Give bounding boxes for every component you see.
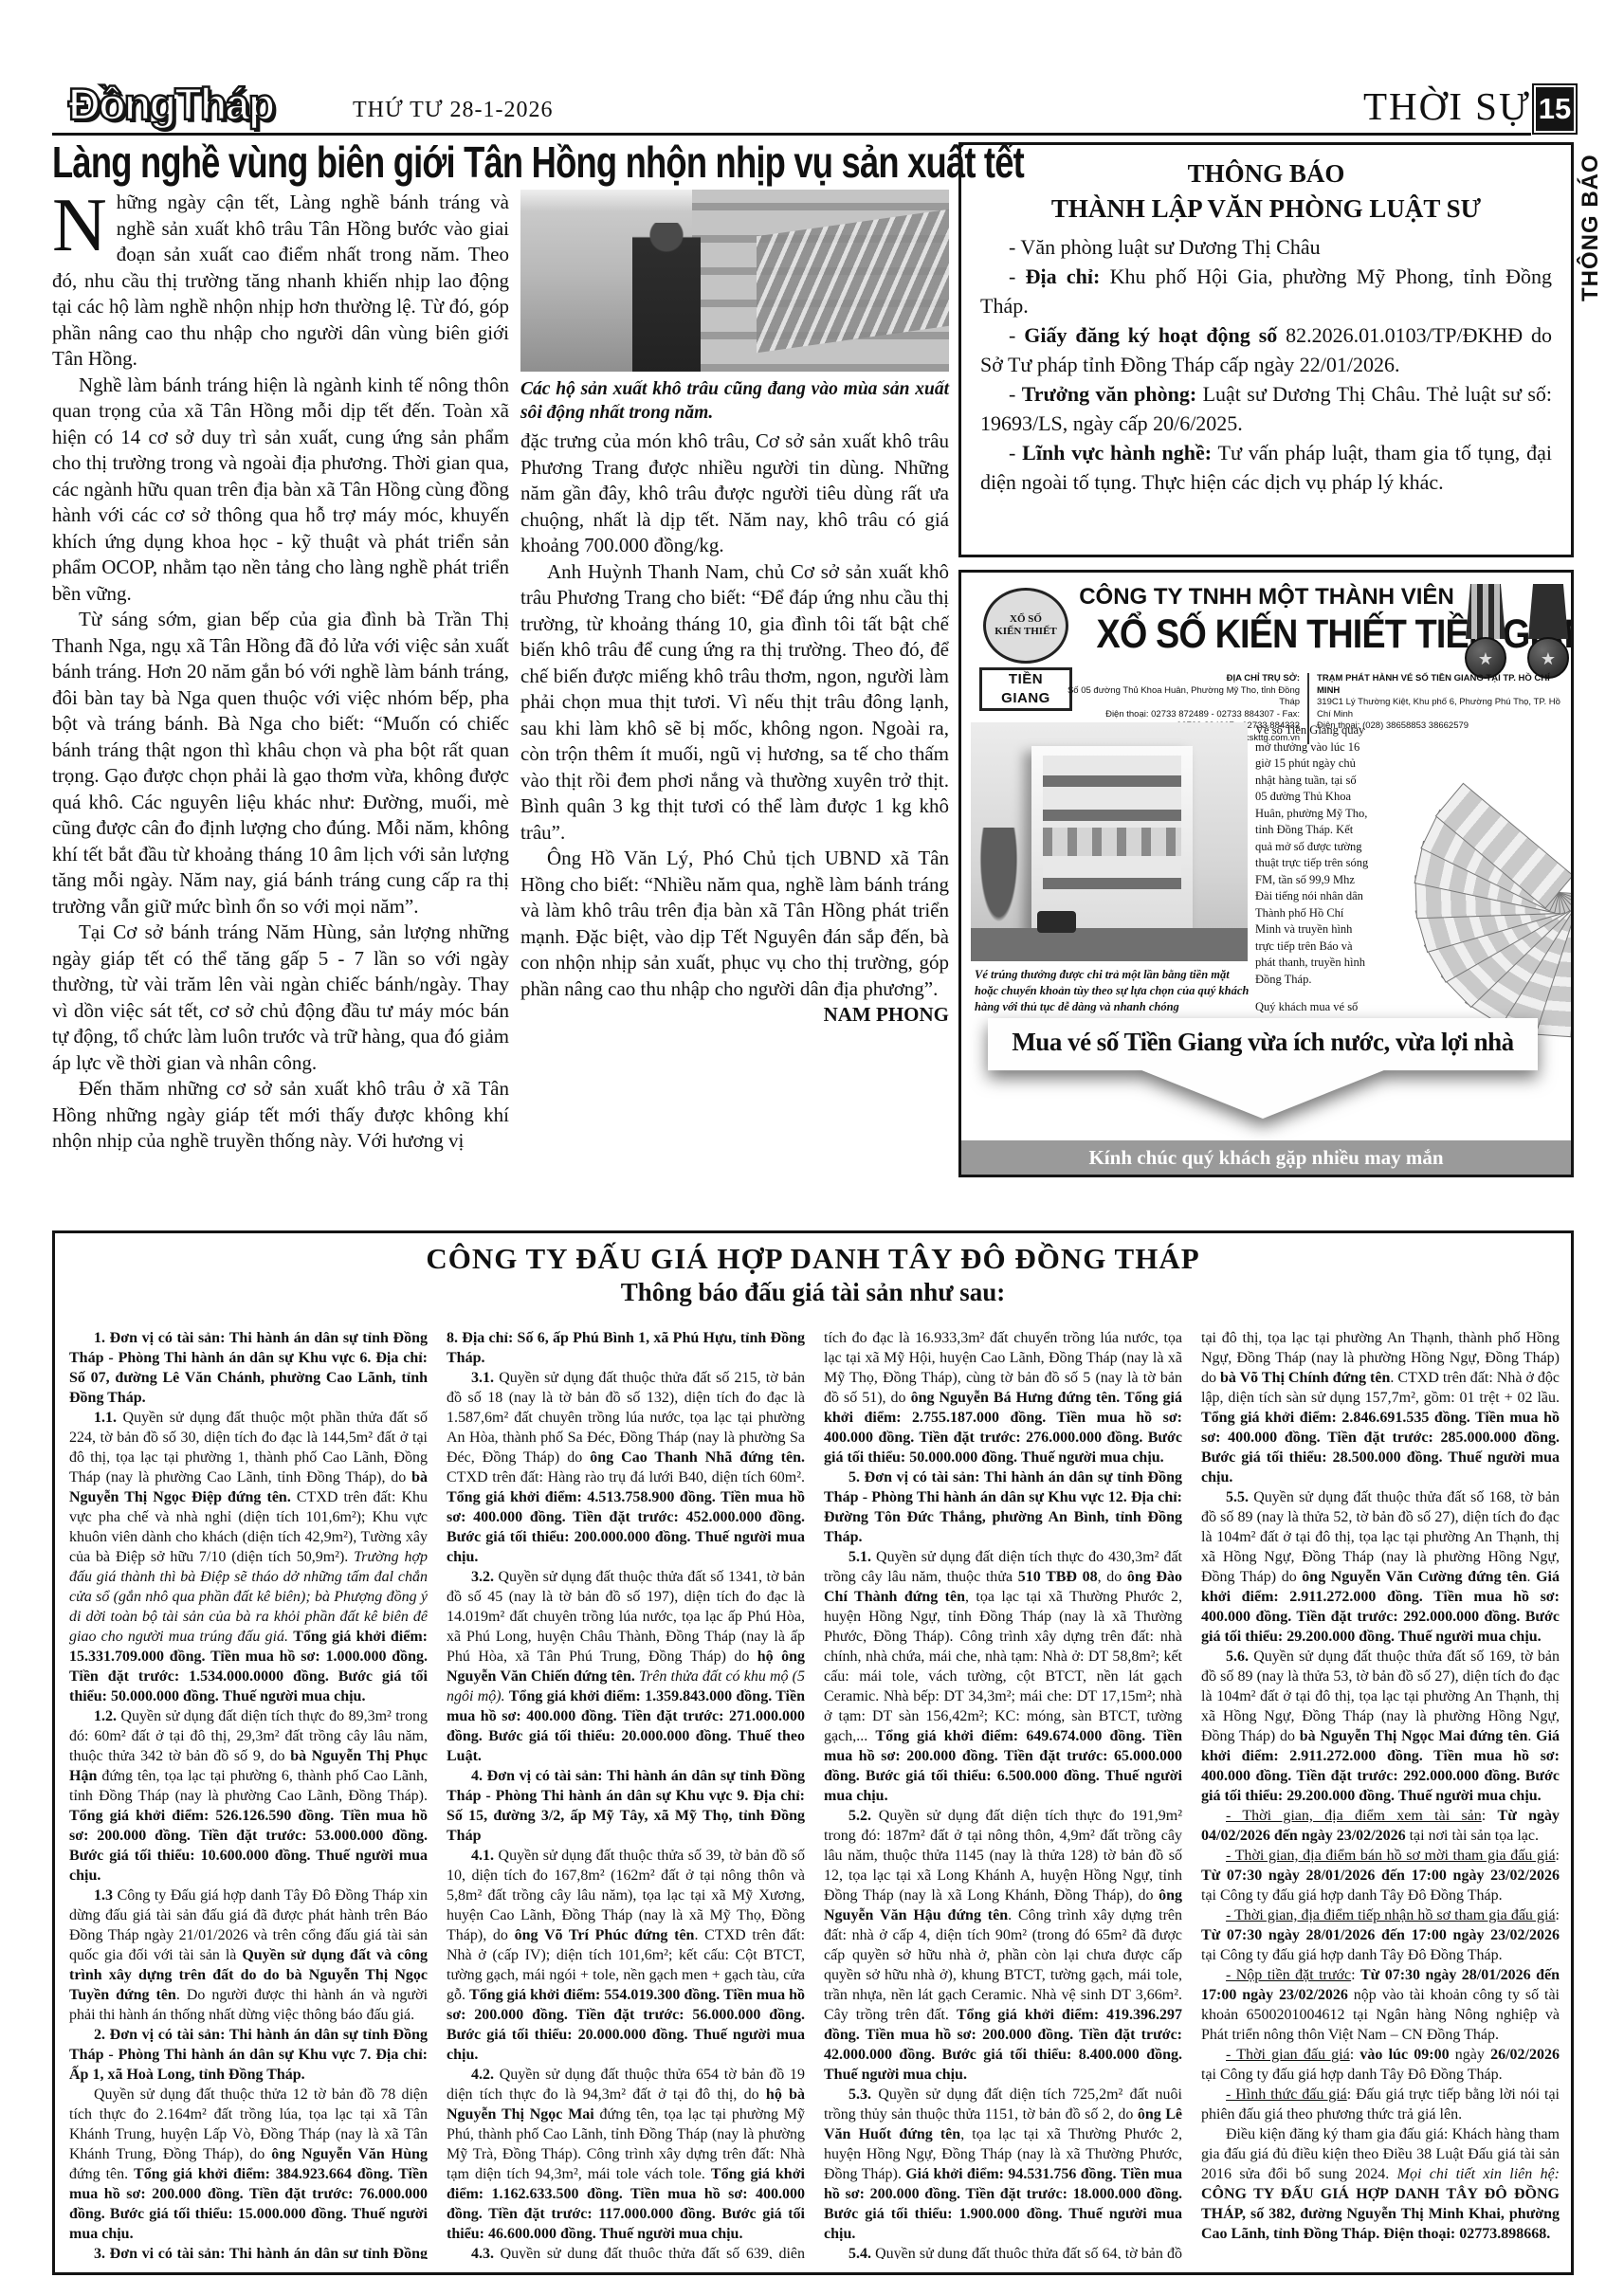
article-column-1: Những ngày cận tết, Làng nghề bánh tráng… xyxy=(52,190,509,1229)
hq-label: ĐỊA CHỈ TRỤ SỞ: xyxy=(1052,673,1300,685)
paragraph: 1.1. Quyền sử dụng đất thuộc một phần th… xyxy=(69,1408,428,1706)
paragraph: - Văn phòng luật sư Dương Thị Châu xyxy=(980,232,1552,262)
photo-road xyxy=(971,928,1248,961)
building-photo xyxy=(971,722,1248,961)
paragraph: 2. Đơn vị có tài sản: Thi hành án dân sự… xyxy=(69,2025,428,2085)
auction-column-3: tích đo đạc là 16.933,3m² đất chuyển trồ… xyxy=(824,1328,1182,2259)
photo-person-silhouette xyxy=(632,223,701,372)
paragraph: 1.3 Công ty Đấu giá hợp danh Tây Đô Đồng… xyxy=(69,1886,428,2025)
notice-title-line1: THÔNG BÁO xyxy=(980,156,1552,191)
photo-car xyxy=(1037,911,1076,933)
paragraph: 5.3. Quyền sử dụng đất diện tích 725,2m²… xyxy=(824,2085,1182,2244)
lottery-logo-oval: XỔ SỐ KIẾN THIẾT xyxy=(983,588,1068,664)
issue-date: THỨ TƯ 28-1-2026 xyxy=(353,98,553,123)
photo-tree xyxy=(976,828,1021,933)
hq-address: Số 05 đường Thủ Khoa Huân, Phường Mỹ Tho… xyxy=(1052,685,1300,709)
masthead-rule xyxy=(52,133,1531,136)
medals xyxy=(1462,584,1572,681)
paragraph: 5. Đơn vị có tài sản: Thi hành án dân sự… xyxy=(824,1467,1182,1547)
paragraph: Nghề làm bánh tráng hiện là ngành kinh t… xyxy=(52,373,509,608)
paragraph: 5.6. Quyền sử dụng đất thuộc thửa đất số… xyxy=(1201,1647,1560,1806)
page-number-badge: 15 xyxy=(1532,83,1578,135)
notice-title-line2: THÀNH LẬP VĂN PHÒNG LUẬT SƯ xyxy=(980,191,1552,227)
lottery-company-name: CÔNG TY TNHH MỘT THÀNH VIÊN XỔ SỐ KIẾN T… xyxy=(1073,584,1460,658)
notice-body: - Văn phòng luật sư Dương Thị Châu- Địa … xyxy=(980,232,1552,497)
paragraph: 4.1. Quyền sử dụng đất thuộc thửa số 39,… xyxy=(447,1846,805,2065)
article-photo xyxy=(520,190,949,372)
paragraph: - Giấy đăng ký hoạt động số 82.2026.01.0… xyxy=(980,320,1552,379)
paragraph: 4. Đơn vị có tài sản: Thi hành án dân sự… xyxy=(447,1766,805,1846)
paragraph: Ông Hồ Văn Lý, Phó Chủ tịch UBND xã Tân … xyxy=(520,846,949,1002)
paragraph: - Hình thức đấu giá: Đấu giá trực tiếp b… xyxy=(1201,2085,1560,2124)
newspaper-page: ĐồngTháp THỨ TƯ 28-1-2026 THỜI SỰ 15 THÔ… xyxy=(0,0,1624,2296)
article-photo-caption: Các hộ sản xuất khô trâu cũng đang vào m… xyxy=(520,377,949,425)
paragraph: - Lĩnh vực hành nghề: Tư vấn pháp luật, … xyxy=(980,438,1552,497)
auction-column-2: 8. Địa chỉ: Số 6, ấp Phú Bình 1, xã Phú … xyxy=(447,1328,805,2259)
auction-title: CÔNG TY ĐẤU GIÁ HỢP DANH TÂY ĐÔ ĐỒNG THÁ… xyxy=(55,1242,1571,1276)
section-title: THỜI SỰ xyxy=(1363,83,1531,129)
paragraph: Tại Cơ sở bánh tráng Năm Hùng, sản lượng… xyxy=(52,920,509,1076)
paragraph: 3.1. Quyền sử dụng đất thuộc thửa đất số… xyxy=(447,1368,805,1567)
paragraph: - Thời gian đấu giá: vào lúc 09:00 ngày … xyxy=(1201,2045,1560,2085)
paragraph: - Thời gian, địa điểm xem tài sản: Từ ng… xyxy=(1201,1806,1560,1846)
lottery-tickets-fan xyxy=(1371,705,1565,1028)
paragraph: 3. Đơn vị có tài sản: Thi hành án dân sự… xyxy=(69,2244,428,2259)
article-headline: Làng nghề vùng biên giới Tân Hồng nhộn n… xyxy=(52,137,943,188)
paragraph: NAM PHONG xyxy=(520,1002,949,1029)
paragraph: - Thời gian, địa điểm tiếp nhận hồ sơ th… xyxy=(1201,1905,1560,1965)
medal-icon xyxy=(1462,584,1509,681)
law-office-notice-box: THÔNG BÁO THÀNH LẬP VĂN PHÒNG LUẬT SƯ - … xyxy=(958,142,1574,557)
auction-subtitle: Thông báo đấu giá tài sản như sau: xyxy=(55,1278,1571,1307)
paragraph: - Địa chỉ: Khu phố Hội Gia, phường Mỹ Ph… xyxy=(980,262,1552,320)
company-line1: CÔNG TY TNHH MỘT THÀNH VIÊN xyxy=(1073,584,1460,610)
slogan-banner: Mua vé số Tiền Giang vừa ích nước, vừa l… xyxy=(988,1018,1538,1119)
paragraph: Những ngày cận tết, Làng nghề bánh tráng… xyxy=(52,190,509,373)
auction-column-1: 1. Đơn vị có tài sản: Thi hành án dân sự… xyxy=(69,1328,428,2259)
building-photo-caption: Vé trúng thưởng được chi trả một lần bằn… xyxy=(975,967,1250,1015)
lottery-body-para1: Vé số Tiền Giang quay mở thưởng vào lúc … xyxy=(1255,722,1371,988)
paragraph: 1.2. Quyền sử dụng đất diện tích thực đo… xyxy=(69,1706,428,1886)
paragraph: Đến thăm những cơ sở sản xuất khô trâu ở… xyxy=(52,1076,509,1155)
paragraph: - Trưởng văn phòng: Luật sư Dương Thị Ch… xyxy=(980,379,1552,438)
lottery-logo-text2: KIẾN THIẾT xyxy=(994,626,1057,638)
auction-column-4: tại đô thị, tọa lạc tại phường An Thạnh,… xyxy=(1201,1328,1560,2259)
medal-icon xyxy=(1524,584,1572,681)
branch-label: TRẠM PHÁT HÀNH VÉ SỐ TIỀN GIANG TẠI TP. … xyxy=(1317,673,1570,697)
paragraph: 5.4. Quyền sử dụng đất thuộc thửa đất số… xyxy=(824,2244,1182,2259)
lottery-ad-box: XỔ SỐ KIẾN THIẾT TIỀN GIANG CÔNG TY TNHH… xyxy=(958,570,1574,1177)
paragraph: 5.5. Quyền sử dụng đất thuộc thửa đất số… xyxy=(1201,1487,1560,1647)
paragraph: 8. Địa chỉ: Số 6, ấp Phú Bình 1, xã Phú … xyxy=(447,1328,805,1368)
paragraph: Anh Huỳnh Thanh Nam, chủ Cơ sở sản xuất … xyxy=(520,559,949,847)
paragraph: 5.1. Quyền sử dụng đất diện tích thực đo… xyxy=(824,1547,1182,1806)
paragraph: Quyền sử dụng đất thuộc thửa 12 tờ bản đ… xyxy=(69,2085,428,2244)
paragraph: 5.2. Quyền sử dụng đất diện tích thực đo… xyxy=(824,1806,1182,2085)
newspaper-logo: ĐồngTháp xyxy=(68,78,273,130)
paragraph: 4.3. Quyền sử dụng đất thuộc thửa đất số… xyxy=(447,2244,805,2259)
paragraph: 1. Đơn vị có tài sản: Thi hành án dân sự… xyxy=(69,1328,428,1408)
slogan-text: Mua vé số Tiền Giang vừa ích nước, vừa l… xyxy=(988,1018,1538,1119)
paragraph: tại đô thị, tọa lạc tại phường An Thạnh,… xyxy=(1201,1328,1560,1487)
lottery-footer-band: Kính chúc quý khách gặp nhiều may mắn xyxy=(961,1140,1571,1175)
edge-label-thong-bao: THÔNG BÁO xyxy=(1578,140,1612,301)
paragraph: tích đo đạc là 16.933,3m² đất chuyển trồ… xyxy=(824,1328,1182,1467)
paragraph: - Nộp tiền đặt trước: Từ 07:30 ngày 28/0… xyxy=(1201,1965,1560,2045)
paragraph: 3.2. Quyền sử dụng đất thuộc thửa đất số… xyxy=(447,1567,805,1766)
article-column-2: đặc trưng của món khô trâu, Cơ sở sản xu… xyxy=(520,428,949,1230)
company-line2: XỔ SỐ KIẾN THIẾT TIỀN GIANG xyxy=(1096,611,1436,658)
paragraph: đặc trưng của món khô trâu, Cơ sở sản xu… xyxy=(520,428,949,559)
photo-building-banner xyxy=(1043,828,1181,856)
paragraph: - Thời gian, địa điểm bán hồ sơ mời tham… xyxy=(1201,1846,1560,1905)
auction-notice-box: CÔNG TY ĐẤU GIÁ HỢP DANH TÂY ĐÔ ĐỒNG THÁ… xyxy=(52,1230,1574,2275)
lottery-logo-text1: XỔ SỐ xyxy=(1010,613,1042,626)
paragraph: Từ sáng sớm, gian bếp của gia đình bà Tr… xyxy=(52,607,509,920)
paragraph: Điều kiện đăng ký tham gia đấu giá: Khác… xyxy=(1201,2124,1560,2244)
photo-building-windows xyxy=(1043,756,1181,889)
paragraph: 4.2. Quyền sử dụng đất thuộc thửa 654 tờ… xyxy=(447,2065,805,2244)
